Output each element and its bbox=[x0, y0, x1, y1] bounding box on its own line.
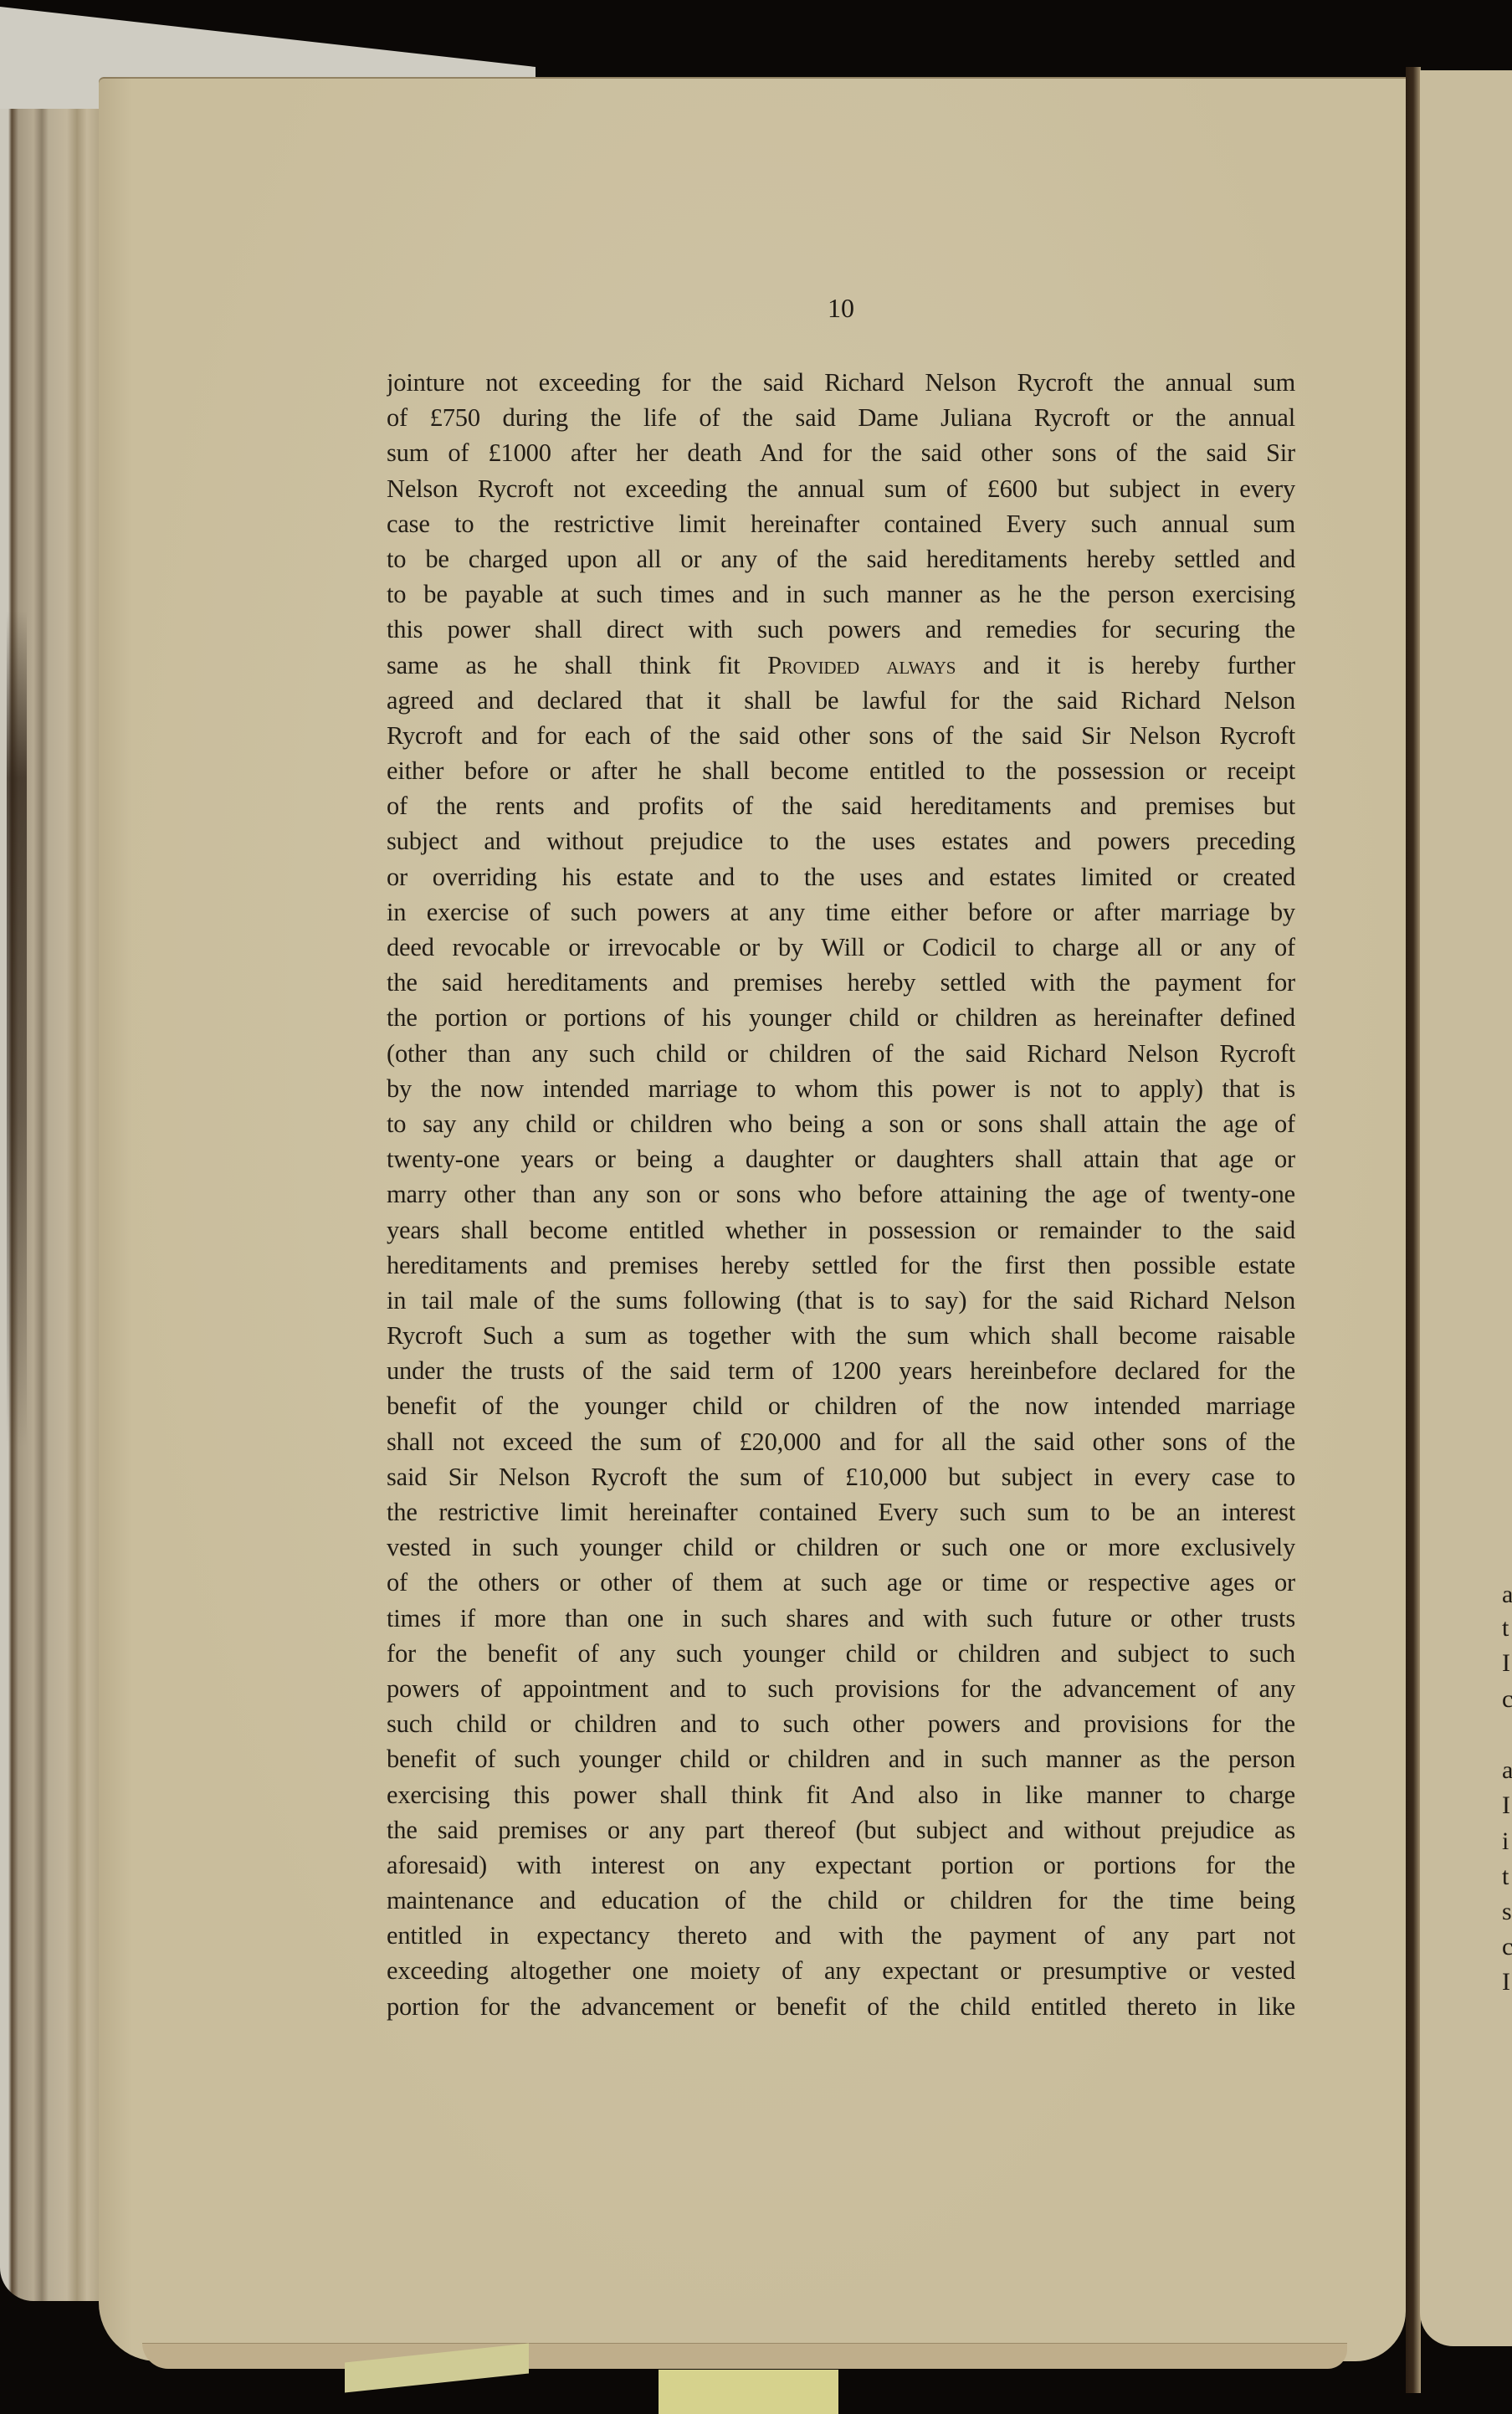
text-line: of the rents and profits of the said her… bbox=[387, 788, 1295, 823]
text-line: the said hereditaments and premises here… bbox=[387, 965, 1295, 1000]
left-page-stack bbox=[0, 109, 109, 2301]
text-line: either before or after he shall become e… bbox=[387, 753, 1295, 788]
text-line: Rycroft and for each of the said other s… bbox=[387, 718, 1295, 753]
facing-glyph: c bbox=[1502, 1682, 1512, 1717]
text-line: of the others or other of them at such a… bbox=[387, 1565, 1295, 1600]
facing-page bbox=[1420, 70, 1512, 2346]
text-line: maintenance and education of the child o… bbox=[387, 1883, 1295, 1918]
text-line: by the now intended marriage to whom thi… bbox=[387, 1071, 1295, 1106]
facing-glyph: I bbox=[1502, 1646, 1510, 1681]
text-line: in exercise of such powers at any time e… bbox=[387, 894, 1295, 930]
text-line: vested in such younger child or children… bbox=[387, 1530, 1295, 1565]
text-line: under the trusts of the said term of 120… bbox=[387, 1353, 1295, 1388]
text-line: powers of appointment and to such provis… bbox=[387, 1671, 1295, 1706]
text-line: years shall become entitled whether in p… bbox=[387, 1212, 1295, 1248]
text-line: said Sir Nelson Rycroft the sum of £10,0… bbox=[387, 1459, 1295, 1494]
text-line: portion for the advancement or benefit o… bbox=[387, 1989, 1295, 2024]
text-line: exercising this power shall think fit An… bbox=[387, 1777, 1295, 1812]
page-number: 10 bbox=[812, 293, 870, 324]
text-line-with-smallcaps: same as he shall think fit Provided alwa… bbox=[387, 648, 1295, 683]
text-line: exceeding altogether one moiety of any e… bbox=[387, 1953, 1295, 1988]
text-line: benefit of such younger child or childre… bbox=[387, 1741, 1295, 1776]
text-line: Nelson Rycroft not exceeding the annual … bbox=[387, 471, 1295, 506]
text-line: benefit of the younger child or children… bbox=[387, 1388, 1295, 1423]
text-line: times if more than one in such shares an… bbox=[387, 1601, 1295, 1636]
text-line: twenty-one years or being a daughter or … bbox=[387, 1141, 1295, 1176]
text-line: sum of £1000 after her death And for the… bbox=[387, 435, 1295, 470]
text-line: deed revocable or irrevocable or by Will… bbox=[387, 930, 1295, 965]
text-line: aforesaid) with interest on any expectan… bbox=[387, 1848, 1295, 1883]
text-line: Rycroft Such a sum as together with the … bbox=[387, 1318, 1295, 1353]
text-line: agreed and declared that it shall be law… bbox=[387, 683, 1295, 718]
text-line: or overriding his estate and to the uses… bbox=[387, 859, 1295, 894]
text-line: for the benefit of any such younger chil… bbox=[387, 1636, 1295, 1671]
smallcaps-phrase: Provided always bbox=[767, 651, 956, 679]
facing-glyph: I bbox=[1502, 1788, 1510, 1823]
text-line: marry other than any son or sons who bef… bbox=[387, 1176, 1295, 1212]
text-line: (other than any such child or children o… bbox=[387, 1036, 1295, 1071]
text-line: the said premises or any part thereof (b… bbox=[387, 1812, 1295, 1848]
yellow-bookmark-tab bbox=[659, 2370, 838, 2414]
text-line: case to the restrictive limit hereinafte… bbox=[387, 506, 1295, 541]
facing-glyph: s bbox=[1502, 1894, 1512, 1930]
text-line: of £750 during the life of the said Dame… bbox=[387, 400, 1295, 435]
facing-glyph: a bbox=[1502, 1753, 1512, 1788]
text-line: jointure not exceeding for the said Rich… bbox=[387, 365, 1295, 400]
body-text: jointure not exceeding for the said Rich… bbox=[387, 365, 1295, 2024]
facing-glyph: c bbox=[1502, 1930, 1512, 1965]
text-line: entitled in expectancy thereto and with … bbox=[387, 1918, 1295, 1953]
book-spine-gap bbox=[1406, 67, 1421, 2393]
text-line: the restrictive limit hereinafter contai… bbox=[387, 1494, 1295, 1530]
text-line: to be charged upon all or any of the sai… bbox=[387, 541, 1295, 577]
text-line: such child or children and to such other… bbox=[387, 1706, 1295, 1741]
text-line: to say any child or children who being a… bbox=[387, 1106, 1295, 1141]
text-line: this power shall direct with such powers… bbox=[387, 612, 1295, 647]
facing-glyph: I bbox=[1502, 1965, 1510, 2000]
text-line: subject and without prejudice to the use… bbox=[387, 823, 1295, 858]
page-bottom-curl bbox=[142, 2343, 1347, 2369]
text-line: to be payable at such times and in such … bbox=[387, 577, 1295, 612]
facing-glyph: a bbox=[1502, 1577, 1512, 1612]
facing-glyph: t bbox=[1502, 1859, 1509, 1894]
text-line: the portion or portions of his younger c… bbox=[387, 1000, 1295, 1035]
text-line: in tail male of the sums following (that… bbox=[387, 1283, 1295, 1318]
facing-glyph: i bbox=[1502, 1824, 1509, 1859]
facing-glyph: t bbox=[1502, 1611, 1509, 1646]
text-line: shall not exceed the sum of £20,000 and … bbox=[387, 1424, 1295, 1459]
text-line: hereditaments and premises hereby settle… bbox=[387, 1248, 1295, 1283]
